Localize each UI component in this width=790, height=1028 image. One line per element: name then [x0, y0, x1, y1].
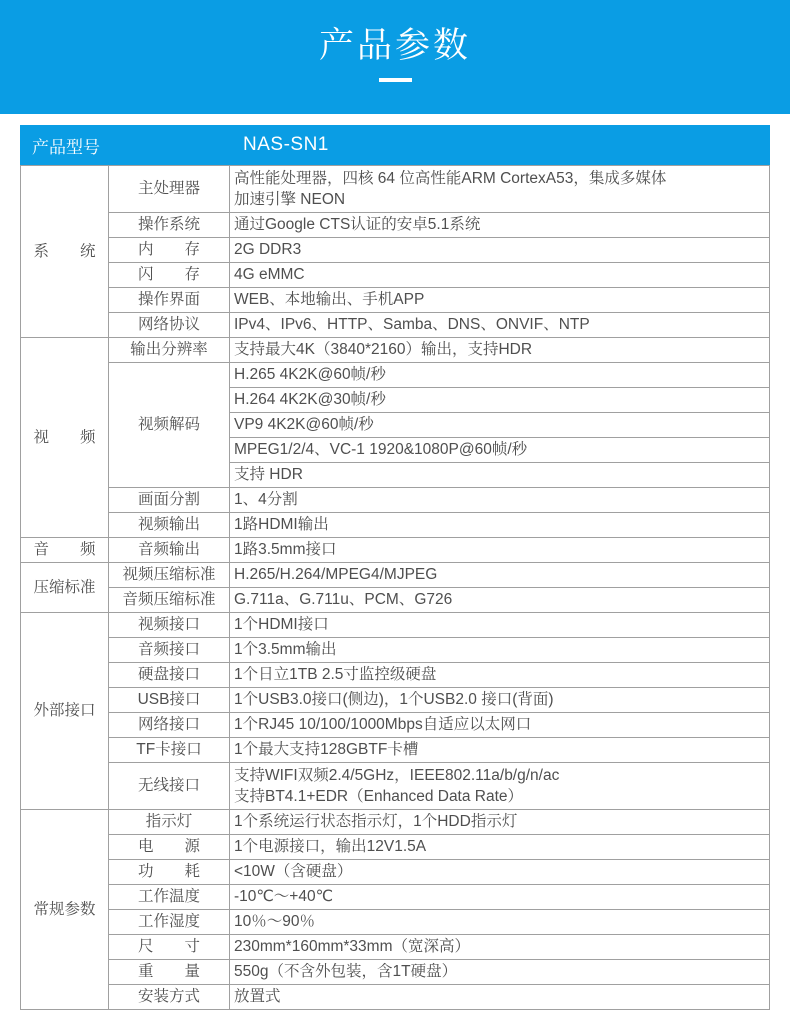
spec-value-cell: 1个HDMI接口 [230, 613, 770, 638]
banner: 产品参数 [0, 0, 790, 114]
table-row: 视频解码 H.265 4K2K@60帧/秒 [21, 363, 770, 388]
spec-label-cell: 操作界面 [109, 288, 230, 313]
table-row: 压缩标准 视频压缩标准 H.265/H.264/MPEG4/MJPEG [21, 563, 770, 588]
spec-label-cell: 主处理器 [109, 166, 230, 213]
table-row: 音频接口 1个3.5mm输出 [21, 638, 770, 663]
spec-label-cell: 音频输出 [109, 538, 230, 563]
spec-value-line: 支持WIFI双频2.4/5GHz，IEEE802.11a/b/g/n/ac [234, 765, 765, 786]
spec-label-cell: 硬盘接口 [109, 663, 230, 688]
model-number: NAS-SN1 [243, 134, 329, 156]
table-row: 操作界面 WEB、本地输出、手机APP [21, 288, 770, 313]
spec-value-cell: H.265 4K2K@60帧/秒 [230, 363, 770, 388]
product-spec-page: 产品参数 产品型号 NAS-SN1 系 统 主处理器 高性能处理器，四核 64 … [0, 0, 790, 1010]
spec-label-cell: 视频输出 [109, 513, 230, 538]
spec-value-cell: 1个电源接口，输出12V1.5A [230, 835, 770, 860]
spec-value-cell: 1、4分割 [230, 488, 770, 513]
table-row: 尺 寸 230mm*160mm*33mm（宽深高） [21, 935, 770, 960]
spec-label-cell: 音频接口 [109, 638, 230, 663]
table-row: 音频压缩标准 G.711a、G.711u、PCM、G726 [21, 588, 770, 613]
table-row: 电 源 1个电源接口，输出12V1.5A [21, 835, 770, 860]
spec-value-cell: IPv4、IPv6、HTTP、Samba、DNS、ONVIF、NTP [230, 313, 770, 338]
table-row: 音 频 音频输出 1路3.5mm接口 [21, 538, 770, 563]
spec-value-cell: G.711a、G.711u、PCM、G726 [230, 588, 770, 613]
spec-label-cell: 闪 存 [109, 263, 230, 288]
spec-value-line: 高性能处理器，四核 64 位高性能ARM CortexA53，集成多媒体 [234, 168, 765, 189]
table-row: 视 频 输出分辨率 支持最大4K（3840*2160）输出，支持HDR [21, 338, 770, 363]
spec-value-cell: 10％～90％ [230, 910, 770, 935]
spec-value-cell: H.265/H.264/MPEG4/MJPEG [230, 563, 770, 588]
spec-value-cell: 放置式 [230, 985, 770, 1010]
table-row: 硬盘接口 1个日立1TB 2.5寸监控级硬盘 [21, 663, 770, 688]
spec-label-cell: 指示灯 [109, 810, 230, 835]
group-cell-compression: 压缩标准 [21, 563, 109, 613]
table-row: 重 量 550g（不含外包装，含1T硬盘） [21, 960, 770, 985]
spec-label-cell: 电 源 [109, 835, 230, 860]
spec-value-cell: 高性能处理器，四核 64 位高性能ARM CortexA53，集成多媒体 加速引… [230, 166, 770, 213]
spec-value-cell: 1个RJ45 10/100/1000Mbps自适应以太网口 [230, 713, 770, 738]
spec-value-cell: H.264 4K2K@30帧/秒 [230, 388, 770, 413]
spec-label-cell: 视频接口 [109, 613, 230, 638]
table-row: 工作湿度 10％～90％ [21, 910, 770, 935]
spec-label-cell: 视频压缩标准 [109, 563, 230, 588]
table-row: 功 耗 <10W（含硬盘） [21, 860, 770, 885]
spec-label-cell: 输出分辨率 [109, 338, 230, 363]
group-cell-system: 系 统 [21, 166, 109, 338]
table-row: USB接口 1个USB3.0接口(侧边)，1个USB2.0 接口(背面) [21, 688, 770, 713]
spec-value-cell: <10W（含硬盘） [230, 860, 770, 885]
spec-value-cell: 1个系统运行状态指示灯，1个HDD指示灯 [230, 810, 770, 835]
spec-value-cell: 通过Google CTS认证的安卓5.1系统 [230, 213, 770, 238]
spec-label-cell: 工作湿度 [109, 910, 230, 935]
group-cell-audio: 音 频 [21, 538, 109, 563]
spec-label-cell: 工作温度 [109, 885, 230, 910]
spec-value-cell: 支持WIFI双频2.4/5GHz，IEEE802.11a/b/g/n/ac 支持… [230, 763, 770, 810]
table-row: 网络接口 1个RJ45 10/100/1000Mbps自适应以太网口 [21, 713, 770, 738]
spec-value-cell: 550g（不含外包装，含1T硬盘） [230, 960, 770, 985]
spec-label-cell: 尺 寸 [109, 935, 230, 960]
group-cell-general: 常规参数 [21, 810, 109, 1010]
spec-value-cell: 支持最大4K（3840*2160）输出，支持HDR [230, 338, 770, 363]
table-row: 闪 存 4G eMMC [21, 263, 770, 288]
spec-label-cell: 画面分割 [109, 488, 230, 513]
table-row: 操作系统 通过Google CTS认证的安卓5.1系统 [21, 213, 770, 238]
spec-value-cell: VP9 4K2K@60帧/秒 [230, 413, 770, 438]
spec-value-cell: -10℃～+40℃ [230, 885, 770, 910]
table-row: 外部接口 视频接口 1个HDMI接口 [21, 613, 770, 638]
spec-value-cell: 1个3.5mm输出 [230, 638, 770, 663]
table-row: TF卡接口 1个最大支持128GBTF卡槽 [21, 738, 770, 763]
table-row: 无线接口 支持WIFI双频2.4/5GHz，IEEE802.11a/b/g/n/… [21, 763, 770, 810]
table-row: 系 统 主处理器 高性能处理器，四核 64 位高性能ARM CortexA53，… [21, 166, 770, 213]
spec-label-cell: 操作系统 [109, 213, 230, 238]
spec-label-cell: 网络协议 [109, 313, 230, 338]
spec-label-cell: 功 耗 [109, 860, 230, 885]
spec-value-cell: 支持 HDR [230, 463, 770, 488]
table-header-row: 产品型号 NAS-SN1 [20, 125, 770, 165]
table-row: 视频输出 1路HDMI输出 [21, 513, 770, 538]
spec-label-cell: 安装方式 [109, 985, 230, 1010]
spec-table-container: 产品型号 NAS-SN1 系 统 主处理器 高性能处理器，四核 64 位高性能A… [20, 125, 770, 1010]
spec-value-cell: 1个日立1TB 2.5寸监控级硬盘 [230, 663, 770, 688]
spec-label-cell: 无线接口 [109, 763, 230, 810]
table-row: 画面分割 1、4分割 [21, 488, 770, 513]
spec-label-cell: 视频解码 [109, 363, 230, 488]
page-title: 产品参数 [0, 0, 790, 65]
spec-value-cell: 1路3.5mm接口 [230, 538, 770, 563]
spec-value-cell: 1个最大支持128GBTF卡槽 [230, 738, 770, 763]
spec-value-line: 支持BT4.1+EDR（Enhanced Data Rate） [234, 786, 765, 807]
spec-label-cell: 网络接口 [109, 713, 230, 738]
spec-label-cell: 音频压缩标准 [109, 588, 230, 613]
spec-value-cell: 4G eMMC [230, 263, 770, 288]
spec-label-cell: USB接口 [109, 688, 230, 713]
title-underline-dash [379, 78, 412, 82]
spec-value-cell: 2G DDR3 [230, 238, 770, 263]
spec-table: 系 统 主处理器 高性能处理器，四核 64 位高性能ARM CortexA53，… [20, 165, 770, 1010]
spec-value-cell: 1个USB3.0接口(侧边)，1个USB2.0 接口(背面) [230, 688, 770, 713]
spec-label-cell: 内 存 [109, 238, 230, 263]
spec-label-cell: 重 量 [109, 960, 230, 985]
table-row: 工作温度 -10℃～+40℃ [21, 885, 770, 910]
spec-value-cell: MPEG1/2/4、VC-1 1920&1080P@60帧/秒 [230, 438, 770, 463]
spec-value-cell: WEB、本地输出、手机APP [230, 288, 770, 313]
group-cell-external-ports: 外部接口 [21, 613, 109, 810]
table-row: 网络协议 IPv4、IPv6、HTTP、Samba、DNS、ONVIF、NTP [21, 313, 770, 338]
table-row: 内 存 2G DDR3 [21, 238, 770, 263]
table-row: 安装方式 放置式 [21, 985, 770, 1010]
spec-label-cell: TF卡接口 [109, 738, 230, 763]
spec-value-cell: 1路HDMI输出 [230, 513, 770, 538]
spec-value-cell: 230mm*160mm*33mm（宽深高） [230, 935, 770, 960]
spec-value-line: 加速引擎 NEON [234, 189, 765, 210]
group-cell-video: 视 频 [21, 338, 109, 538]
model-header-label: 产品型号 [20, 133, 243, 158]
table-row: 常规参数 指示灯 1个系统运行状态指示灯，1个HDD指示灯 [21, 810, 770, 835]
